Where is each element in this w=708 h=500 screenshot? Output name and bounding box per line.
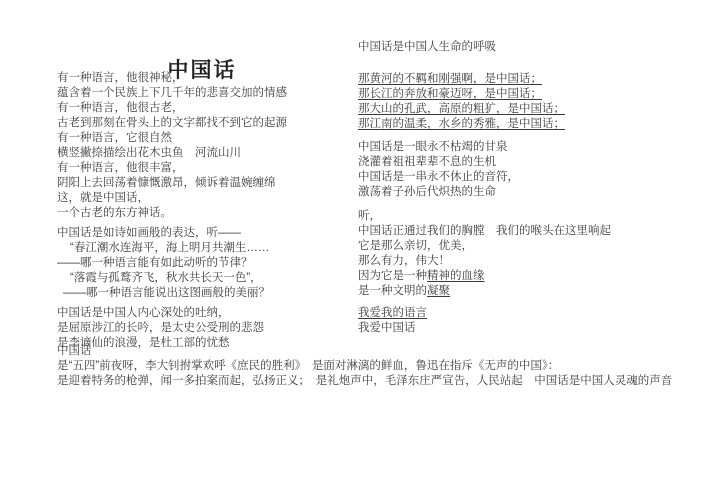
right-stanza-3: 中国话是一眼永不枯竭的甘泉 浇灌着祖祖辈辈不息的生机 中国话是一串永不休止的音符… — [358, 140, 688, 200]
poem-line: 是“五四”前夜呀，李大钊拊掌欢呼《庶民的胜利》 是面对淋漓的鲜血，鲁迅在指斥《无… — [57, 359, 705, 374]
poem-line: 一个古老的东方神话。 — [57, 206, 357, 221]
poem-line: 这，就是中国话， — [57, 191, 357, 206]
right-stanza-1: 中国话是中国人生命的呼吸 — [358, 40, 688, 55]
underlined-phrase: 凝聚 — [427, 285, 450, 297]
poem-line: 我爱中国话 — [358, 321, 688, 336]
bottom-heading: 中国话 — [57, 344, 705, 359]
underlined-phrase: 精神的血缘 — [427, 270, 485, 282]
right-stanza-4: 听， 中国话正通过我们的胸膛 我们的喉头在这里响起 它是那么亲切，优美， 那么有… — [358, 209, 688, 299]
left-column: 有一种语言，他很神秘， 蕴含着一个民族上下几千年的悲喜交加的情感 有一种语言，他… — [57, 71, 357, 351]
right-stanza-2: 那黄河的不羁和刚强啊，是中国话； 那长江的奔放和豪迈呀，是中国话； 那大山的孔武… — [358, 72, 688, 132]
poem-line-underlined: 我爱我的语言 — [358, 306, 688, 321]
poem-line: “落霞与孤鹜齐飞，秋水共长天一色”， — [57, 271, 357, 286]
poem-line-partial-underline: 因为它是一种精神的血缘 — [358, 269, 688, 284]
poem-line-partial-underline: 是一种文明的凝聚 — [358, 284, 688, 299]
poem-line: 浇灌着祖祖辈辈不息的生机 — [358, 155, 688, 170]
poem-line-underlined: 那长江的奔放和豪迈呀，是中国话； — [358, 87, 688, 102]
poem-line: 有一种语言，他很神秘， — [57, 71, 357, 86]
line-prefix: 因为它是一种 — [358, 270, 427, 282]
poem-line: 是屈原涉江的长吟，是太史公受刑的悲怨 — [57, 321, 357, 336]
right-stanza-5: 我爱我的语言 我爱中国话 — [358, 306, 688, 336]
poem-line: 那么有力，伟大！ — [358, 254, 688, 269]
right-column: 中国话是中国人生命的呼吸 那黄河的不羁和刚强啊，是中国话； 那长江的奔放和豪迈呀… — [358, 40, 688, 336]
left-stanza-1: 有一种语言，他很神秘， 蕴含着一个民族上下几千年的悲喜交加的情感 有一种语言，他… — [57, 71, 357, 221]
poem-line: 它是那么亲切，优美， — [358, 239, 688, 254]
poem-line: 横竖撇捺描绘出花木虫鱼 河流山川 — [57, 146, 357, 161]
poem-line: ——哪一种语言能说出这图画般的美丽？ — [57, 286, 357, 301]
poem-line: 有一种语言，他很古老， — [57, 101, 357, 116]
poem-line: 激荡着子孙后代炽热的生命 — [358, 185, 688, 200]
poem-line-underlined: 那江南的温柔，水乡的秀雅，是中国话； — [358, 117, 688, 132]
poem-page: 中国话 有一种语言，他很神秘， 蕴含着一个民族上下几千年的悲喜交加的情感 有一种… — [0, 0, 708, 500]
poem-line: 中国话是中国人内心深处的吐纳， — [57, 306, 357, 321]
left-stanza-2: 中国话是如诗如画般的表达，听—— “春江潮水连海平，海上明月共潮生…… ——哪一… — [57, 226, 357, 301]
poem-line: 有一种语言，它很自然 — [57, 131, 357, 146]
poem-line: 古老到那刻在骨头上的文字都找不到它的起源 — [57, 116, 357, 131]
poem-line: “春江潮水连海平，海上明月共潮生…… — [57, 241, 357, 256]
poem-line: 阴阳上去回荡着慷慨激昂，倾诉着温婉缠绵 — [57, 176, 357, 191]
poem-line: 蕴含着一个民族上下几千年的悲喜交加的情感 — [57, 86, 357, 101]
poem-line-underlined: 那大山的孔武，高原的粗犷，是中国话； — [358, 102, 688, 117]
bottom-section: 中国话 是“五四”前夜呀，李大钊拊掌欢呼《庶民的胜利》 是面对淋漓的鲜血，鲁迅在… — [57, 344, 705, 389]
poem-line: 中国话是如诗如画般的表达，听—— — [57, 226, 357, 241]
poem-line: 听， — [358, 209, 688, 224]
poem-line: 有一种语言，他很丰富， — [57, 161, 357, 176]
poem-line: ——哪一种语言能有如此动听的节律？ — [57, 256, 357, 271]
poem-line: 中国话正通过我们的胸膛 我们的喉头在这里响起 — [358, 224, 688, 239]
poem-line: 是迎着特务的枪弹，闻一多拍案而起，弘扬正义； 是礼炮声中，毛泽东庄严宣告，人民站… — [57, 374, 705, 389]
poem-line: 中国话是一眼永不枯竭的甘泉 — [358, 140, 688, 155]
poem-line: 中国话是一串永不休止的音符， — [358, 170, 688, 185]
poem-line: 中国话是中国人生命的呼吸 — [358, 40, 688, 55]
line-prefix: 是一种文明的 — [358, 285, 427, 297]
poem-line-underlined: 那黄河的不羁和刚强啊，是中国话； — [358, 72, 688, 87]
